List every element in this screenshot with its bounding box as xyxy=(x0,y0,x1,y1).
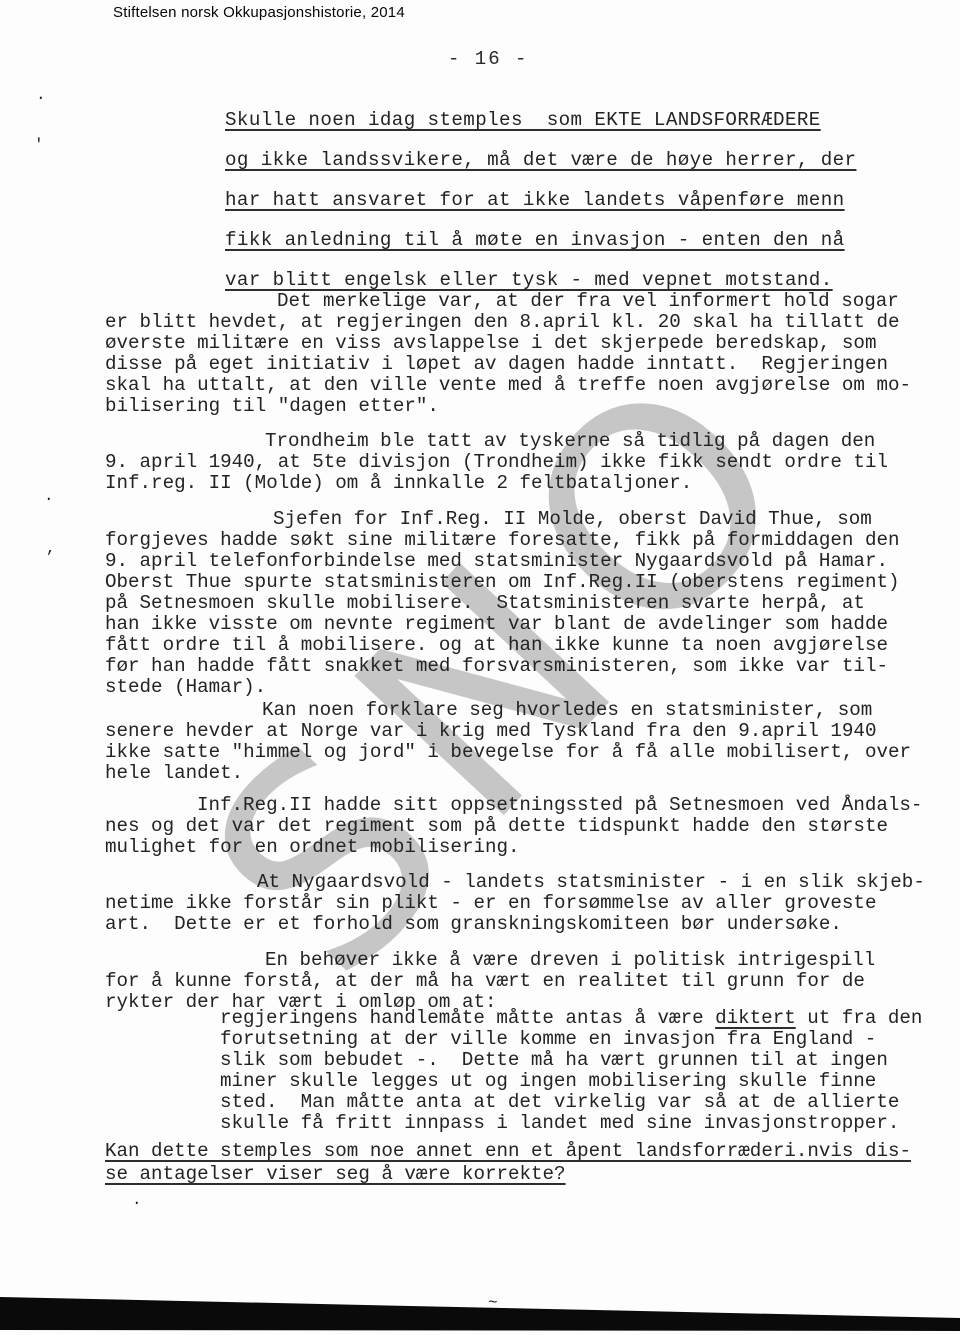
para-2: Trondheim ble tatt av tyskerne så tidlig… xyxy=(105,431,925,494)
text-line: senere hevder at Norge var i krig med Ty… xyxy=(105,721,925,742)
underlined-text: se antagelser viser seg å være korrekte? xyxy=(105,1163,566,1185)
text-segment: han ikke visste om nevnte regiment var b… xyxy=(105,613,888,635)
para-4: Kan noen forklare seg hvorledes en stats… xyxy=(105,700,925,784)
text-line: forgjeves hadde søkt sine militære fores… xyxy=(105,530,925,551)
text-line: nes og det var det regiment som på dette… xyxy=(105,816,925,837)
text-segment: på Setnesmoen skulle mobilisere. Statsmi… xyxy=(105,592,865,614)
text-line: netime ikke forstår sin plikt - er en fo… xyxy=(105,893,925,914)
text-segment: disse på eget initiativ i løpet av dagen… xyxy=(105,353,888,375)
text-segment: Trondheim ble tatt av tyskerne så tidlig… xyxy=(265,430,875,452)
underlined-text: Skulle noen idag stemples som EKTE LANDS… xyxy=(225,109,821,131)
underlined-text: var blitt engelsk eller tysk - med vepne… xyxy=(225,269,833,291)
text-line: se antagelser viser seg å være korrekte? xyxy=(105,1163,925,1186)
underlined-text: og ikke landssvikere, må det være de høy… xyxy=(225,149,856,171)
text-segment: art. Dette er et forhold som gransknings… xyxy=(105,913,842,935)
text-segment: før han hadde fått snakket med forsvarsm… xyxy=(105,655,888,677)
text-segment: Oberst Thue spurte statsministeren om In… xyxy=(105,571,900,593)
text-segment: øverste militære en viss avslappelse i d… xyxy=(105,332,876,354)
scanned-document-page: Stiftelsen norsk Okkupasjonshistorie, 20… xyxy=(0,0,960,1335)
attribution-header: Stiftelsen norsk Okkupasjonshistorie, 20… xyxy=(113,4,405,21)
quote-block: regjeringens handlemåte måtte antas å væ… xyxy=(220,1008,960,1134)
scan-dot-artifact: . xyxy=(44,487,54,505)
text-line: bilisering til "dagen etter". xyxy=(105,396,925,417)
scan-mark-artifact: , xyxy=(46,539,56,557)
text-line: Kan noen forklare seg hvorledes en stats… xyxy=(105,700,925,721)
scan-dot-artifact: . xyxy=(132,1191,142,1209)
text-line: skulle få fritt innpass i landet med sin… xyxy=(220,1113,960,1134)
text-segment: miner skulle legges ut og ingen mobilise… xyxy=(220,1070,876,1092)
para-3: Sjefen for Inf.Reg. II Molde, oberst Dav… xyxy=(105,509,925,698)
underlined-text: fikk anledning til å møte en invasjon - … xyxy=(225,229,845,251)
text-line: slik som bebudet -. Dette må ha vært gru… xyxy=(220,1050,960,1071)
text-segment: regjeringens handlemåte måtte antas å væ… xyxy=(220,1007,715,1029)
text-line: øverste militære en viss avslappelse i d… xyxy=(105,333,925,354)
text-segment: hele landet. xyxy=(105,762,243,784)
text-line: Det merkelige var, at der fra vel inform… xyxy=(105,291,925,312)
text-line: 9. april 1940, at 5te divisjon (Trondhei… xyxy=(105,452,925,473)
text-line: skal ha uttalt, at den ville vente med å… xyxy=(105,375,925,396)
text-line: Trondheim ble tatt av tyskerne så tidlig… xyxy=(105,431,925,452)
text-segment: slik som bebudet -. Dette må ha vært gru… xyxy=(220,1049,888,1071)
text-segment: 9. april 1940, at 5te divisjon (Trondhei… xyxy=(105,451,888,473)
scan-mark-artifact: ' xyxy=(34,136,44,154)
text-segment: ut fra den xyxy=(796,1007,923,1029)
text-line: har hatt ansvaret for at ikke landets vå… xyxy=(225,180,960,220)
text-segment: fått ordre til å mobilisere. og at han i… xyxy=(105,634,888,656)
text-segment: senere hevder at Norge var i krig med Ty… xyxy=(105,720,876,742)
text-line: og ikke landssvikere, må det være de høy… xyxy=(225,140,960,180)
para-7: En behøver ikke å være dreven i politisk… xyxy=(105,950,925,1013)
text-line: Sjefen for Inf.Reg. II Molde, oberst Dav… xyxy=(105,509,925,530)
text-line: mulighet for en ordnet mobilisering. xyxy=(105,837,925,858)
text-line: fikk anledning til å møte en invasjon - … xyxy=(225,220,960,260)
text-segment: mulighet for en ordnet mobilisering. xyxy=(105,836,520,858)
text-line: fått ordre til å mobilisere. og at han i… xyxy=(105,635,925,656)
text-line: At Nygaardsvold - landets statsminister … xyxy=(105,872,925,893)
text-line: miner skulle legges ut og ingen mobilise… xyxy=(220,1071,960,1092)
text-line: på Setnesmoen skulle mobilisere. Statsmi… xyxy=(105,593,925,614)
text-line: Inf.Reg.II hadde sitt oppsetningssted på… xyxy=(105,795,925,816)
text-line: ikke satte "himmel og jord" i bevegelse … xyxy=(105,742,925,763)
scan-dot-artifact: . xyxy=(36,86,46,104)
text-line: han ikke visste om nevnte regiment var b… xyxy=(105,614,925,635)
para-5: Inf.Reg.II hadde sitt oppsetningssted på… xyxy=(105,795,925,858)
text-line: Kan dette stemples som noe annet enn et … xyxy=(105,1140,925,1163)
closing: Kan dette stemples som noe annet enn et … xyxy=(105,1140,925,1186)
text-segment: netime ikke forstår sin plikt - er en fo… xyxy=(105,892,876,914)
text-line: før han hadde fått snakket med forsvarsm… xyxy=(105,656,925,677)
text-segment: stede (Hamar). xyxy=(105,676,266,698)
text-line: Inf.reg. II (Molde) om å innkalle 2 felt… xyxy=(105,473,925,494)
text-segment: sted. Man måtte anta at det virkelig var… xyxy=(220,1091,899,1113)
text-line: En behøver ikke å være dreven i politisk… xyxy=(105,950,925,971)
text-segment: Sjefen for Inf.Reg. II Molde, oberst Dav… xyxy=(273,508,872,530)
text-line: er blitt hevdet, at regjeringen den 8.ap… xyxy=(105,312,925,333)
text-line: Skulle noen idag stemples som EKTE LANDS… xyxy=(225,100,960,140)
underlined-text: Kan dette stemples som noe annet enn et … xyxy=(105,1140,911,1162)
text-segment: forutsetning at der ville komme en invas… xyxy=(220,1028,876,1050)
text-line: disse på eget initiativ i løpet av dagen… xyxy=(105,354,925,375)
text-line: Oberst Thue spurte statsministeren om In… xyxy=(105,572,925,593)
text-segment: 9. april telefonforbindelse med statsmin… xyxy=(105,550,888,572)
underlined-text: diktert xyxy=(715,1007,796,1029)
text-line: for å kunne forstå, at der må ha vært en… xyxy=(105,971,925,992)
text-line: stede (Hamar). xyxy=(105,677,925,698)
text-line: 9. april telefonforbindelse med statsmin… xyxy=(105,551,925,572)
text-line: forutsetning at der ville komme en invas… xyxy=(220,1029,960,1050)
para-1: Det merkelige var, at der fra vel inform… xyxy=(105,291,925,417)
text-segment: bilisering til "dagen etter". xyxy=(105,395,439,417)
text-segment: for å kunne forstå, at der må ha vært en… xyxy=(105,970,865,992)
title-block: Skulle noen idag stemples som EKTE LANDS… xyxy=(225,100,960,300)
text-segment: nes og det var det regiment som på dette… xyxy=(105,815,888,837)
text-segment: er blitt hevdet, at regjeringen den 8.ap… xyxy=(105,311,900,333)
text-segment: Det merkelige var, at der fra vel inform… xyxy=(277,290,899,312)
text-segment: Inf.reg. II (Molde) om å innkalle 2 felt… xyxy=(105,472,692,494)
page-number: - 16 - xyxy=(448,48,528,70)
text-segment: forgjeves hadde søkt sine militære fores… xyxy=(105,529,900,551)
underlined-text: har hatt ansvaret for at ikke landets vå… xyxy=(225,189,845,211)
text-line: sted. Man måtte anta at det virkelig var… xyxy=(220,1092,960,1113)
text-segment: Inf.Reg.II hadde sitt oppsetningssted på… xyxy=(197,794,922,816)
scan-edge-bar xyxy=(0,1290,960,1335)
text-line: hele landet. xyxy=(105,763,925,784)
text-line: regjeringens handlemåte måtte antas å væ… xyxy=(220,1008,960,1029)
text-line: art. Dette er et forhold som gransknings… xyxy=(105,914,925,935)
para-6: At Nygaardsvold - landets statsminister … xyxy=(105,872,925,935)
text-segment: ikke satte "himmel og jord" i bevegelse … xyxy=(105,741,911,763)
text-segment: skal ha uttalt, at den ville vente med å… xyxy=(105,374,911,396)
text-segment: At Nygaardsvold - landets statsminister … xyxy=(257,871,925,893)
text-segment: skulle få fritt innpass i landet med sin… xyxy=(220,1112,899,1134)
text-segment: En behøver ikke å være dreven i politisk… xyxy=(265,949,875,971)
text-segment: Kan noen forklare seg hvorledes en stats… xyxy=(262,699,872,721)
